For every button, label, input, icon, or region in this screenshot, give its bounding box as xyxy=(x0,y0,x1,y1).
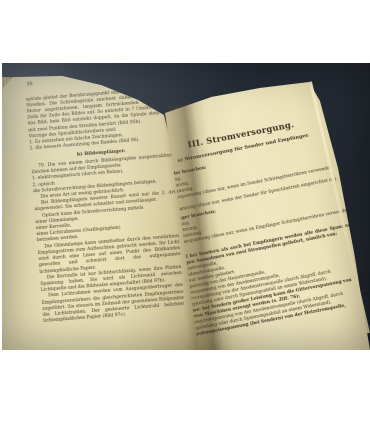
left-page-text: 50 spirale gleitet der Berührungspunkt e… xyxy=(24,72,185,326)
page-number: 50 xyxy=(26,72,166,90)
product-photo-frame: 50 spirale gleitet der Berührungspunkt e… xyxy=(0,0,370,423)
book-photo: 50 spirale gleitet der Berührungspunkt e… xyxy=(2,63,370,350)
